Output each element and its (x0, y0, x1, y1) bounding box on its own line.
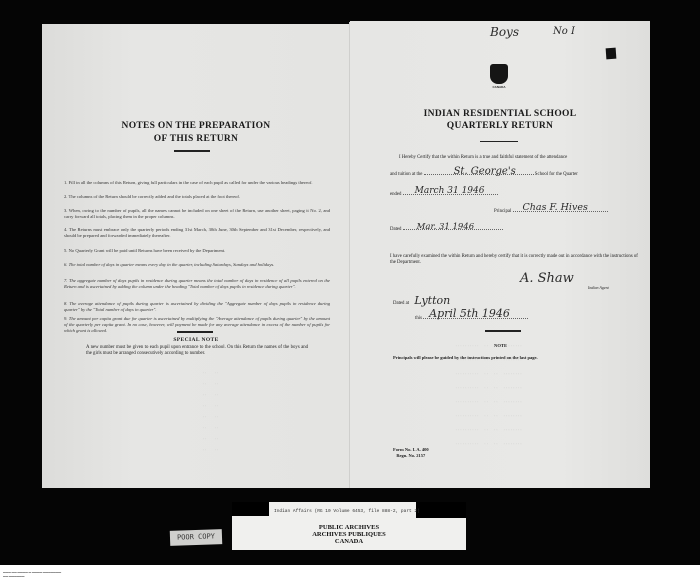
tuition-row: and tuition at the St. George's School f… (390, 172, 578, 177)
archive-label-card: Indian Affairs (RG 10 Volume 6453, file … (232, 502, 466, 550)
return-title-underline (480, 141, 518, 142)
form-number-line1: Form No. I. A. 400 (393, 447, 429, 453)
form-number: Form No. I. A. 400 Regn. No. 2157 (393, 447, 429, 458)
handwritten-sheet-number: No I (553, 26, 575, 37)
return-title: INDIAN RESIDENTIAL SCHOOL QUARTERLY RETU… (350, 108, 650, 132)
title-underline (174, 150, 210, 152)
dated-at-row: Dated at Lytton (393, 301, 470, 306)
principal-field: Chas F. Hives (513, 211, 608, 212)
stamp-line2: ARCHIVES PUBLIQUES (232, 531, 466, 538)
return-title-line1: INDIAN RESIDENTIAL SCHOOL (350, 108, 650, 120)
stamp-line3: CANADA (232, 538, 466, 545)
note-5: 5. No Quarterly Grant will be paid until… (64, 248, 330, 254)
note-3: 3. When, owing to the number of pupils, … (64, 208, 330, 220)
poor-copy-tag: POOR COPY (170, 529, 222, 546)
note-rule (485, 330, 521, 332)
return-title-line2: QUARTERLY RETURN (350, 120, 650, 132)
this-field: April 5th 1946 (423, 318, 528, 319)
principal-signature: Chas F. Hives (523, 202, 588, 213)
dated-row: Dated Mar. 31 1946 (390, 227, 503, 232)
label-notch-left (232, 502, 269, 516)
caption-bar (0, 565, 700, 585)
ended-value: March 31 1946 (415, 186, 485, 196)
dated-at-value: Lytton (414, 294, 450, 307)
agent-title: Indian Agent (588, 285, 609, 290)
school-name-field: St. George's (424, 174, 534, 175)
tuition-label: and tuition at the (390, 172, 422, 177)
crest-label: CANADA (489, 85, 509, 89)
ended-field: March 31 1946 (403, 194, 498, 195)
this-label: this (415, 316, 422, 321)
notes-title-line1: NOTES ON THE PREPARATION (42, 120, 350, 133)
special-note-title: SPECIAL NOTE (42, 337, 350, 343)
dated-at-label: Dated at (393, 301, 409, 306)
archive-reference: Indian Affairs (RG 10 Volume 6453, file … (274, 509, 420, 514)
section-rule (177, 331, 213, 333)
certify-text: I Hereby Certify that the within Return … (399, 155, 649, 160)
notes-title: NOTES ON THE PREPARATION OF THIS RETURN (42, 120, 350, 146)
right-bleed-through: ·········· ·· ·· ········ ·········· ·· … (455, 340, 522, 452)
form-number-line2: Regn. No. 2157 (393, 453, 429, 459)
special-note-text: A new number must be given to each pupil… (86, 345, 308, 357)
note-4: 4. The Returns must embrace only the qua… (64, 227, 330, 239)
handwritten-boys: Boys (490, 25, 519, 39)
agent-signature: A. Shaw (520, 271, 574, 286)
dated-value: Mar. 31 1946 (417, 222, 474, 232)
note-6: 6. The total number of days in quarter m… (64, 262, 330, 268)
stamp-line1: PUBLIC ARCHIVES (232, 524, 466, 531)
this-row: this April 5th 1946 (415, 316, 528, 321)
dated-field: Mar. 31 1946 (403, 229, 503, 230)
bleed-through-marks: ·· ···· ···· ···· ···· ···· ···· ···· ·· (202, 369, 219, 457)
school-suffix: School for the Quarter (535, 172, 578, 177)
label-notch-right (416, 502, 466, 518)
note-2: 2. The columns of the Return should be c… (64, 194, 330, 200)
ended-label: ended (390, 192, 401, 197)
principal-row: Principal Chas F. Hives (494, 209, 608, 214)
this-date-value: April 5th 1946 (429, 307, 510, 320)
caption-text: ▬▬▬ ▬▬ ▬▬▬▬ ▬ ▬▬▬▬ ▬▬▬▬▬▬▬▬▬ ▬▬▬▬▬▬ (3, 571, 61, 578)
note-8: 8. The average attendance of pupils duri… (64, 301, 330, 313)
examined-text: I have carefully examined the within Ret… (390, 254, 642, 265)
black-tab-mark (606, 48, 617, 60)
note-7: 7. The aggregate number of days pupils i… (64, 278, 330, 290)
public-archives-stamp: PUBLIC ARCHIVES ARCHIVES PUBLIQUES CANAD… (232, 524, 466, 545)
school-name-value: St. George's (454, 166, 516, 177)
dated-label: Dated (390, 227, 401, 232)
note-1: 1. Fill in all the columns of this Retur… (64, 180, 330, 186)
canada-crest-icon (490, 64, 508, 84)
principal-label: Principal (494, 209, 511, 214)
left-page-notes: NOTES ON THE PREPARATION OF THIS RETURN … (42, 24, 350, 488)
ended-row: ended March 31 1946 (390, 192, 498, 197)
notes-title-line2: OF THIS RETURN (42, 133, 350, 146)
